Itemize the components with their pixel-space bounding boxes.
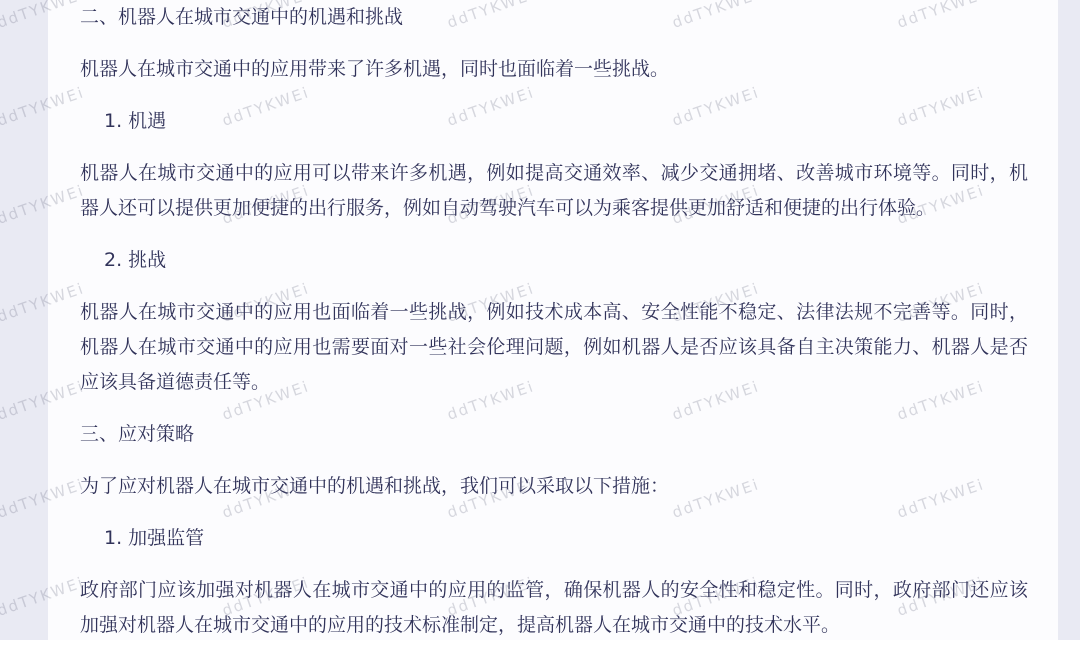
section-heading: 三、应对策略 xyxy=(80,417,1028,452)
numbered-item: 1. 加强监管 xyxy=(104,521,1028,556)
numbered-item: 2. 挑战 xyxy=(104,243,1028,278)
paragraph: 为了应对机器人在城市交通中的机遇和挑战，我们可以采取以下措施： xyxy=(80,469,1028,504)
paragraph: 政府部门应该加强对机器人在城市交通中的应用的监管，确保机器人的安全性和稳定性。同… xyxy=(80,573,1028,640)
numbered-item: 1. 机遇 xyxy=(104,104,1028,139)
paragraph: 机器人在城市交通中的应用可以带来许多机遇，例如提高交通效率、减少交通拥堵、改善城… xyxy=(80,156,1028,226)
section-heading: 二、机器人在城市交通中的机遇和挑战 xyxy=(80,0,1028,35)
paragraph: 机器人在城市交通中的应用也面临着一些挑战，例如技术成本高、安全性能不稳定、法律法… xyxy=(80,295,1028,400)
paragraph: 机器人在城市交通中的应用带来了许多机遇，同时也面临着一些挑战。 xyxy=(80,52,1028,87)
document-content: 二、机器人在城市交通中的机遇和挑战机器人在城市交通中的应用带来了许多机遇，同时也… xyxy=(80,0,1028,640)
document-page: 二、机器人在城市交通中的机遇和挑战机器人在城市交通中的应用带来了许多机遇，同时也… xyxy=(48,0,1058,640)
